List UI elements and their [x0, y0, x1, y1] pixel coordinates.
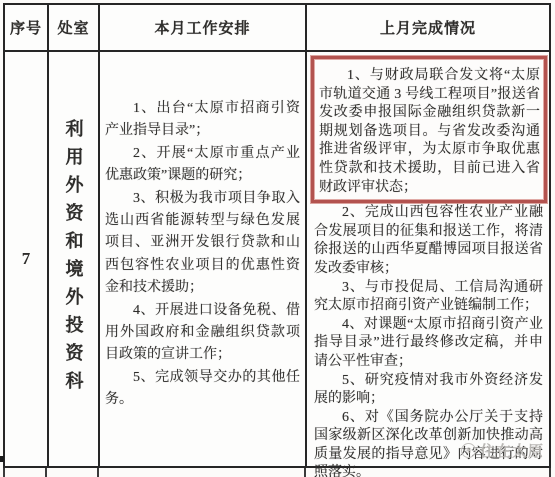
header-monthly-work-plan: 本月工作安排: [100, 5, 307, 52]
work-plan-item: 2、开展“太原市重点产业优惠政策”课题的研究；: [105, 143, 300, 188]
work-report-table: 序号 处室 本月工作安排 上月完成情况 7 利用外资和境外投资科 1、出台“太原…: [3, 3, 551, 468]
work-plan-item: 5、完成领导交办的其他任务。: [105, 367, 300, 412]
work-plan-item: 1、出台“太原市招商引资产业指导目录”；: [105, 98, 300, 143]
cell-department: 利用外资和境外投资科: [49, 52, 100, 466]
watermark-logo-icon: ❀: [461, 443, 476, 458]
watermark-text: 住在太原: [480, 440, 544, 461]
header-serial-number: 序号: [5, 5, 49, 52]
completion-item-highlighted: 1、与财政局联合发文将“太原市轨道交通 3 号线工程项目”报送省发改委申报国际金…: [319, 67, 540, 197]
cell-last-month-completion: 1、与财政局联合发文将“太原市轨道交通 3 号线工程项目”报送省发改委申报国际金…: [307, 52, 549, 466]
table-row: 7 利用外资和境外投资科 1、出台“太原市招商引资产业指导目录”； 2、开展“太…: [5, 52, 549, 466]
table-grid-stub: [45, 468, 47, 477]
completion-item: 5、研究疫情对我市外资经济发展的影响；: [314, 372, 543, 409]
scanned-report-page: 序号 处室 本月工作安排 上月完成情况 7 利用外资和境外投资科 1、出台“太原…: [0, 0, 555, 477]
table-grid-stub: [549, 468, 551, 477]
cell-monthly-work-plan: 1、出台“太原市招商引资产业指导目录”； 2、开展“太原市重点产业优惠政策”课题…: [100, 52, 307, 466]
department-name-vertical: 利用外资和境外投资科: [65, 119, 83, 399]
table-grid-stub: [97, 468, 99, 477]
header-department: 处室: [49, 5, 100, 52]
serial-number-value: 7: [22, 249, 31, 269]
red-highlight-box: 1、与财政局联合发文将“太原市轨道交通 3 号线工程项目”报送省发改委申报国际金…: [311, 56, 547, 203]
completion-item: 2、完成山西包容性农业产业融合发展项目的征集和报送工作，将清徐报送的山西华夏醋博…: [314, 204, 543, 278]
work-plan-item: 3、积极为我市项目争取入选山西省能源转型与绿色发展项目、亚洲开发银行贷款和山西包…: [105, 188, 300, 300]
completion-items-list: 2、完成山西包容性农业产业融合发展项目的征集和报送工作，将清徐报送的山西华夏醋博…: [307, 203, 549, 477]
scan-artifact: [0, 456, 4, 462]
table-grid-stub: [3, 468, 5, 477]
table-header-row: 序号 处室 本月工作安排 上月完成情况: [5, 5, 549, 52]
header-last-month-completion: 上月完成情况: [307, 5, 549, 52]
cell-serial-number: 7: [5, 52, 49, 466]
completion-item: 3、与市投促局、工信局沟通研究太原市招商引资产业链编制工作；: [314, 279, 543, 316]
completion-item: 4、对课题“太原市招商引资产业指导目录”进行最终修改定稿，并申请公平性审查；: [314, 316, 543, 372]
work-plan-item: 4、开展进口设备免税、借用外国政府和金融组织贷款项目政策的宣讲工作；: [105, 300, 300, 367]
table-grid-stub: [304, 468, 306, 477]
watermark: ❀ 住在太原: [461, 440, 544, 461]
